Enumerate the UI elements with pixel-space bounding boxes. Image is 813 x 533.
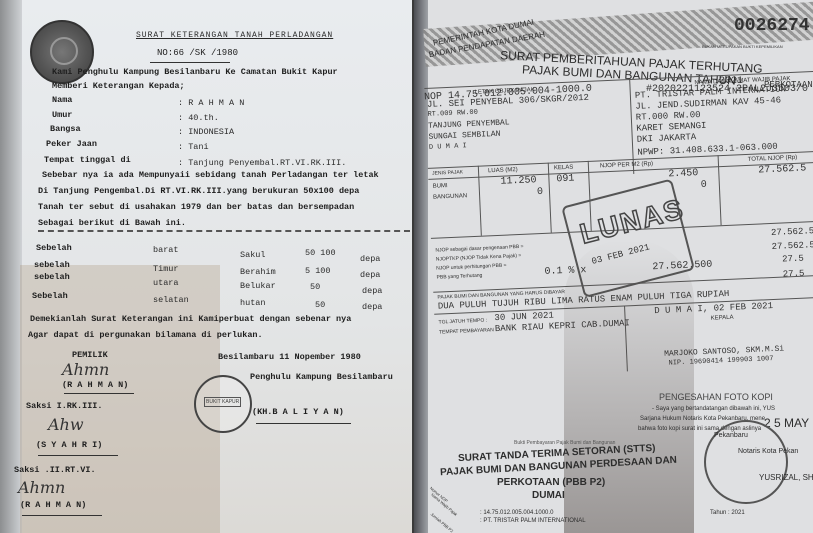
field-label: Bangsa xyxy=(50,124,81,134)
header-right-note: BUKAN MERUPAKAN BUKTI KEPEMILIKAN xyxy=(702,44,783,49)
legal-title: PENGESAHAN FOTO KOPI xyxy=(659,392,773,402)
stamp-text: BUKIT KAPUR xyxy=(204,397,241,407)
witness2-name: (R A H M A N) xyxy=(20,500,86,510)
boundary-length: 50 xyxy=(315,300,325,310)
stts-title-3: PERKOTAAN (PBB P2) xyxy=(497,477,605,488)
field-label: Nama xyxy=(52,95,72,105)
body-line: Tanah ter sebut di usahakan 1979 dan ber… xyxy=(38,202,354,212)
calc-value: 27.5 xyxy=(782,254,804,265)
boundary-neighbor: Berahim xyxy=(240,267,276,277)
object-address-line: D U M A I xyxy=(429,142,467,152)
boundary-neighbor: Sakul xyxy=(240,250,266,260)
legal-line: - Saya yang bertandatangan dibawah ini, … xyxy=(652,406,775,412)
calc-label: NJOPTKP (NJOP Tidak Kena Pajak) = xyxy=(436,253,522,263)
witness1-signature: Ahw xyxy=(48,415,84,434)
boundary-length: 5 100 xyxy=(305,266,331,276)
signature-line xyxy=(38,455,118,456)
payment-place-label: TEMPAT PEMBAYARAN xyxy=(439,327,494,335)
divider xyxy=(150,62,230,63)
calc-label: PBB yang Terhutang xyxy=(437,273,483,281)
owner-signature: Ahmn xyxy=(62,360,109,379)
object-address-line: RT.009 RW.00 xyxy=(427,109,478,119)
body-line: Di Tanjung Pengembal.Di RT.VI.RK.III.yan… xyxy=(38,186,359,196)
boundary-direction: barat xyxy=(153,245,179,255)
witness1-label: Saksi I.RK.III. xyxy=(26,401,103,411)
field-value: : Tani xyxy=(178,142,209,152)
table-header: LUAS (M2) xyxy=(488,167,518,174)
stts-nop: : 14.75.012.005.004.1000.0 xyxy=(480,510,553,516)
boundary-side: sebelah xyxy=(34,260,70,270)
boundary-side: Sebelah xyxy=(32,291,68,301)
body-line: Sebebar nya ia ada Mempunyaii sebidang t… xyxy=(42,170,379,180)
signature-line xyxy=(256,423,351,424)
signature-line xyxy=(22,515,102,516)
photo-shadow xyxy=(564,240,694,533)
calc-value: 27.562.5 xyxy=(771,226,813,238)
cell-njop: 2.450 xyxy=(668,168,698,180)
witness2-signature: Ahmn xyxy=(18,478,65,497)
serial-number: 0026274 xyxy=(734,16,810,36)
boundary-unit: depa xyxy=(362,302,382,312)
body-line: Sebagai berikut di Bawah ini. xyxy=(38,218,186,228)
cell-class: 091 xyxy=(556,174,574,186)
cell-type: BUMI xyxy=(433,183,448,190)
field-value: : R A H M A N xyxy=(178,98,244,108)
head-title: Penghulu Kampung Besilambaru xyxy=(250,372,393,382)
stts-label: Jumlah PBB P2 xyxy=(430,512,455,533)
field-value: : Tanjung Penyembal.RT.VI.RK.III. xyxy=(178,158,346,168)
cell-area: 0 xyxy=(537,187,543,198)
cell-type: BANGUNAN xyxy=(433,193,467,200)
witness1-name: (S Y A H R I) xyxy=(36,440,102,450)
page-edge-shadow xyxy=(0,0,22,533)
stts-title-4: DUMAI xyxy=(532,490,565,501)
table-header: KELAS xyxy=(554,165,574,172)
object-label: LETAK OBJEK PAJAK xyxy=(474,87,534,96)
boundary-unit: depa xyxy=(360,270,380,280)
document-title: SURAT KETERANGAN TANAH PERLADANGAN xyxy=(136,31,333,40)
head-name: (KH.B A L I Y A N) xyxy=(252,407,344,417)
notary-name: YUSRIZAL, SH xyxy=(759,473,813,482)
witness2-label: Saksi .II.RT.VI. xyxy=(14,465,96,475)
boundary-side: sebelah xyxy=(34,272,70,282)
boundary-direction: selatan xyxy=(153,295,189,305)
boundary-length: 50 xyxy=(310,282,320,292)
stts-name: : PT. TRISTAR PALM INTERNATIONAL xyxy=(480,518,586,524)
field-label: Peker Jaan xyxy=(46,139,97,149)
due-label: TGL JATUH TEMPO : xyxy=(438,317,487,325)
place-date: Besilambaru 11 Nopember 1980 xyxy=(218,352,361,362)
boundary-length: 50 100 xyxy=(305,248,336,258)
cell-total: 27.562.5 xyxy=(758,163,806,176)
intro-line-1: Kami Penghulu Kampung Besilanbaru Ke Cam… xyxy=(52,67,338,77)
table-header: JENIS PAJAK xyxy=(432,169,463,176)
boundary-unit: depa xyxy=(362,286,382,296)
land-certificate-document: SURAT KETERANGAN TANAH PERLADANGAN NO:66… xyxy=(0,0,412,533)
notary-year: Tahun : 2021 xyxy=(710,510,745,516)
calc-label: NJOP untuk perhitungan PBB = xyxy=(436,263,507,272)
field-label: Umur xyxy=(52,110,72,120)
field-value: : INDONESIA xyxy=(178,127,234,137)
table-header: NJOP PER M2 (Rp) xyxy=(600,161,653,169)
document-number: NO:66 /SK /1980 xyxy=(157,48,238,58)
dashed-divider xyxy=(38,230,410,232)
tax-notice-document: PEMERINTAH KOTA DUMAI BADAN PENDAPATAN D… xyxy=(414,0,813,533)
taxpayer-address-line: DKI JAKARTA xyxy=(637,132,697,145)
calc-value: 27.5 xyxy=(783,269,805,280)
field-label: Tempat tinggal di xyxy=(44,155,131,165)
cell-njop: 0 xyxy=(701,180,707,191)
kecamatan-stamp-icon: BUKIT KAPUR xyxy=(194,375,252,433)
boundary-neighbor: Belukar xyxy=(240,281,276,291)
calc-value: 27.562.5 xyxy=(771,240,813,252)
intro-line-2: Memberi Keterangan Kepada; xyxy=(52,81,185,91)
cell-area: 11.250 xyxy=(500,175,536,188)
object-address-line: JL. SEI PENYEBAL 306/SKGR/2012 xyxy=(427,93,589,110)
calc-label: NJOP sebagai dasar pengenaan PBB = xyxy=(435,244,523,254)
closing-line-1: Demekianlah Surat Keterangan ini Kamiper… xyxy=(30,314,351,324)
notary-place: Pekanbaru xyxy=(714,432,748,439)
boundary-side: Sebelah xyxy=(36,243,72,253)
signature-line xyxy=(64,393,134,394)
boundary-direction: utara xyxy=(153,278,179,288)
object-address-line: SUNGAI SEMBILAN xyxy=(428,130,500,142)
boundary-direction: Timur xyxy=(153,264,179,274)
head-label: KEPALA xyxy=(711,315,734,322)
taxpayer-address-line: KARET SEMANGI xyxy=(636,121,707,134)
notary-city: Notaris Kota Pekan xyxy=(738,448,798,455)
boundary-unit: depa xyxy=(360,254,380,264)
table-header: TOTAL NJOP (Rp) xyxy=(748,155,798,163)
owner-name: (R A H M A N) xyxy=(62,380,128,390)
field-value: : 40.th. xyxy=(178,113,219,123)
closing-line-2: Agar dapat di pergunakan bilamana di per… xyxy=(28,330,263,340)
boundary-neighbor: hutan xyxy=(240,298,266,308)
owner-label: PEMILIK xyxy=(72,350,108,360)
